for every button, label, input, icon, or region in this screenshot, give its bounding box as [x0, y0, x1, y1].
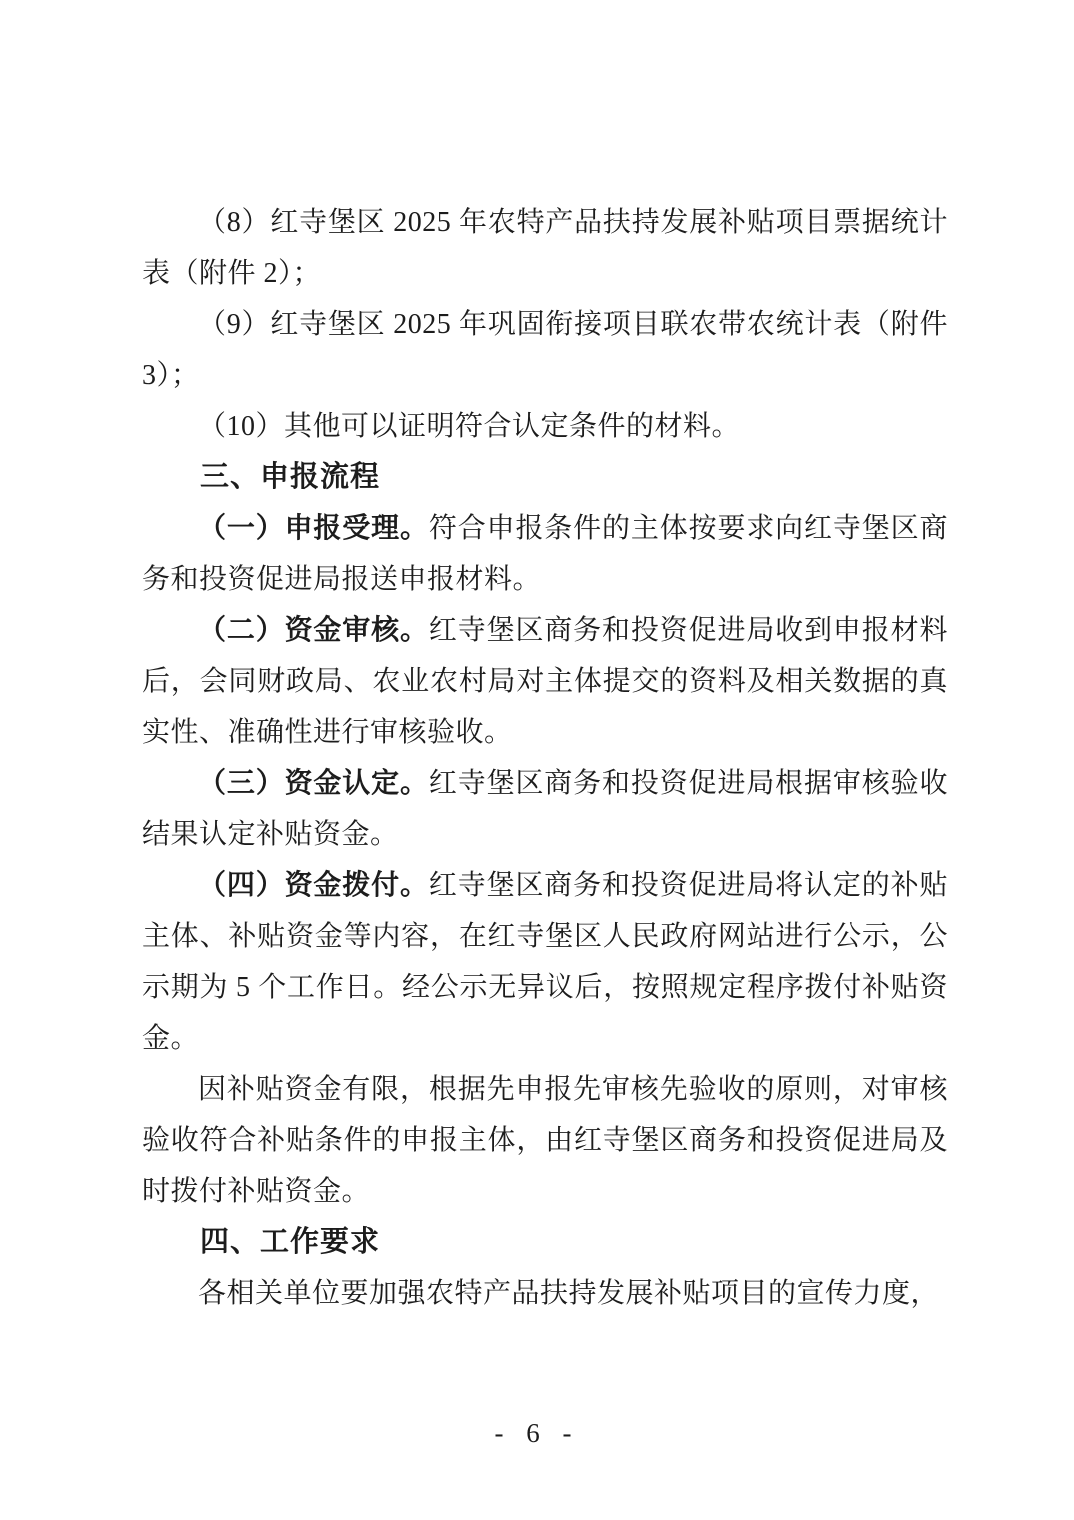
section-heading-work-requirements: 四、工作要求 [142, 1217, 948, 1268]
paragraph-text: 因补贴资金有限，根据先申报先审核先验收的原则，对审核验收符合补贴条件的申报主体，… [142, 1074, 948, 1207]
paragraph-fund-review: （二）资金审核。红寺堡区商务和投资促进局收到申报材料后，会同财政局、农业农村局对… [142, 605, 948, 758]
paragraph-text: （10）其他可以证明符合认定条件的材料。 [198, 411, 740, 442]
section-heading-application-process: 三、申报流程 [142, 452, 948, 503]
document-page: （8）红寺堡区 2025 年农特产品扶持发展补贴项目票据统计表（附件 2）； （… [0, 0, 1074, 1520]
paragraph-lead: （四）资金拨付。 [198, 870, 429, 901]
paragraph-fund-disbursement: （四）资金拨付。红寺堡区商务和投资促进局将认定的补贴主体、补贴资金等内容，在红寺… [142, 860, 948, 1064]
heading-text: 四、工作要求 [200, 1226, 380, 1258]
paragraph-lead: （二）资金审核。 [198, 615, 429, 646]
paragraph-limited-funds-note: 因补贴资金有限，根据先申报先审核先验收的原则，对审核验收符合补贴条件的申报主体，… [142, 1064, 948, 1217]
paragraph-item-9: （9）红寺堡区 2025 年巩固衔接项目联农带农统计表（附件 3）； [142, 299, 948, 401]
paragraph-item-10: （10）其他可以证明符合认定条件的材料。 [142, 401, 948, 452]
paragraph-fund-determination: （三）资金认定。红寺堡区商务和投资促进局根据审核验收结果认定补贴资金。 [142, 758, 948, 860]
paragraph-lead: （一）申报受理。 [198, 513, 429, 544]
heading-text: 三、申报流程 [200, 461, 380, 493]
paragraph-publicity: 各相关单位要加强农特产品扶持发展补贴项目的宣传力度， [142, 1268, 948, 1319]
paragraph-text: （9）红寺堡区 2025 年巩固衔接项目联农带农统计表（附件 3）； [142, 309, 948, 391]
paragraph-text: （8）红寺堡区 2025 年农特产品扶持发展补贴项目票据统计表（附件 2）； [142, 207, 948, 289]
paragraph-item-8: （8）红寺堡区 2025 年农特产品扶持发展补贴项目票据统计表（附件 2）； [142, 197, 948, 299]
page-number: - 6 - [0, 1418, 1074, 1449]
paragraph-text: 各相关单位要加强农特产品扶持发展补贴项目的宣传力度， [198, 1278, 939, 1309]
paragraph-lead: （三）资金认定。 [198, 768, 429, 799]
paragraph-application-acceptance: （一）申报受理。符合申报条件的主体按要求向红寺堡区商务和投资促进局报送申报材料。 [142, 503, 948, 605]
document-body: （8）红寺堡区 2025 年农特产品扶持发展补贴项目票据统计表（附件 2）； （… [142, 197, 948, 1319]
